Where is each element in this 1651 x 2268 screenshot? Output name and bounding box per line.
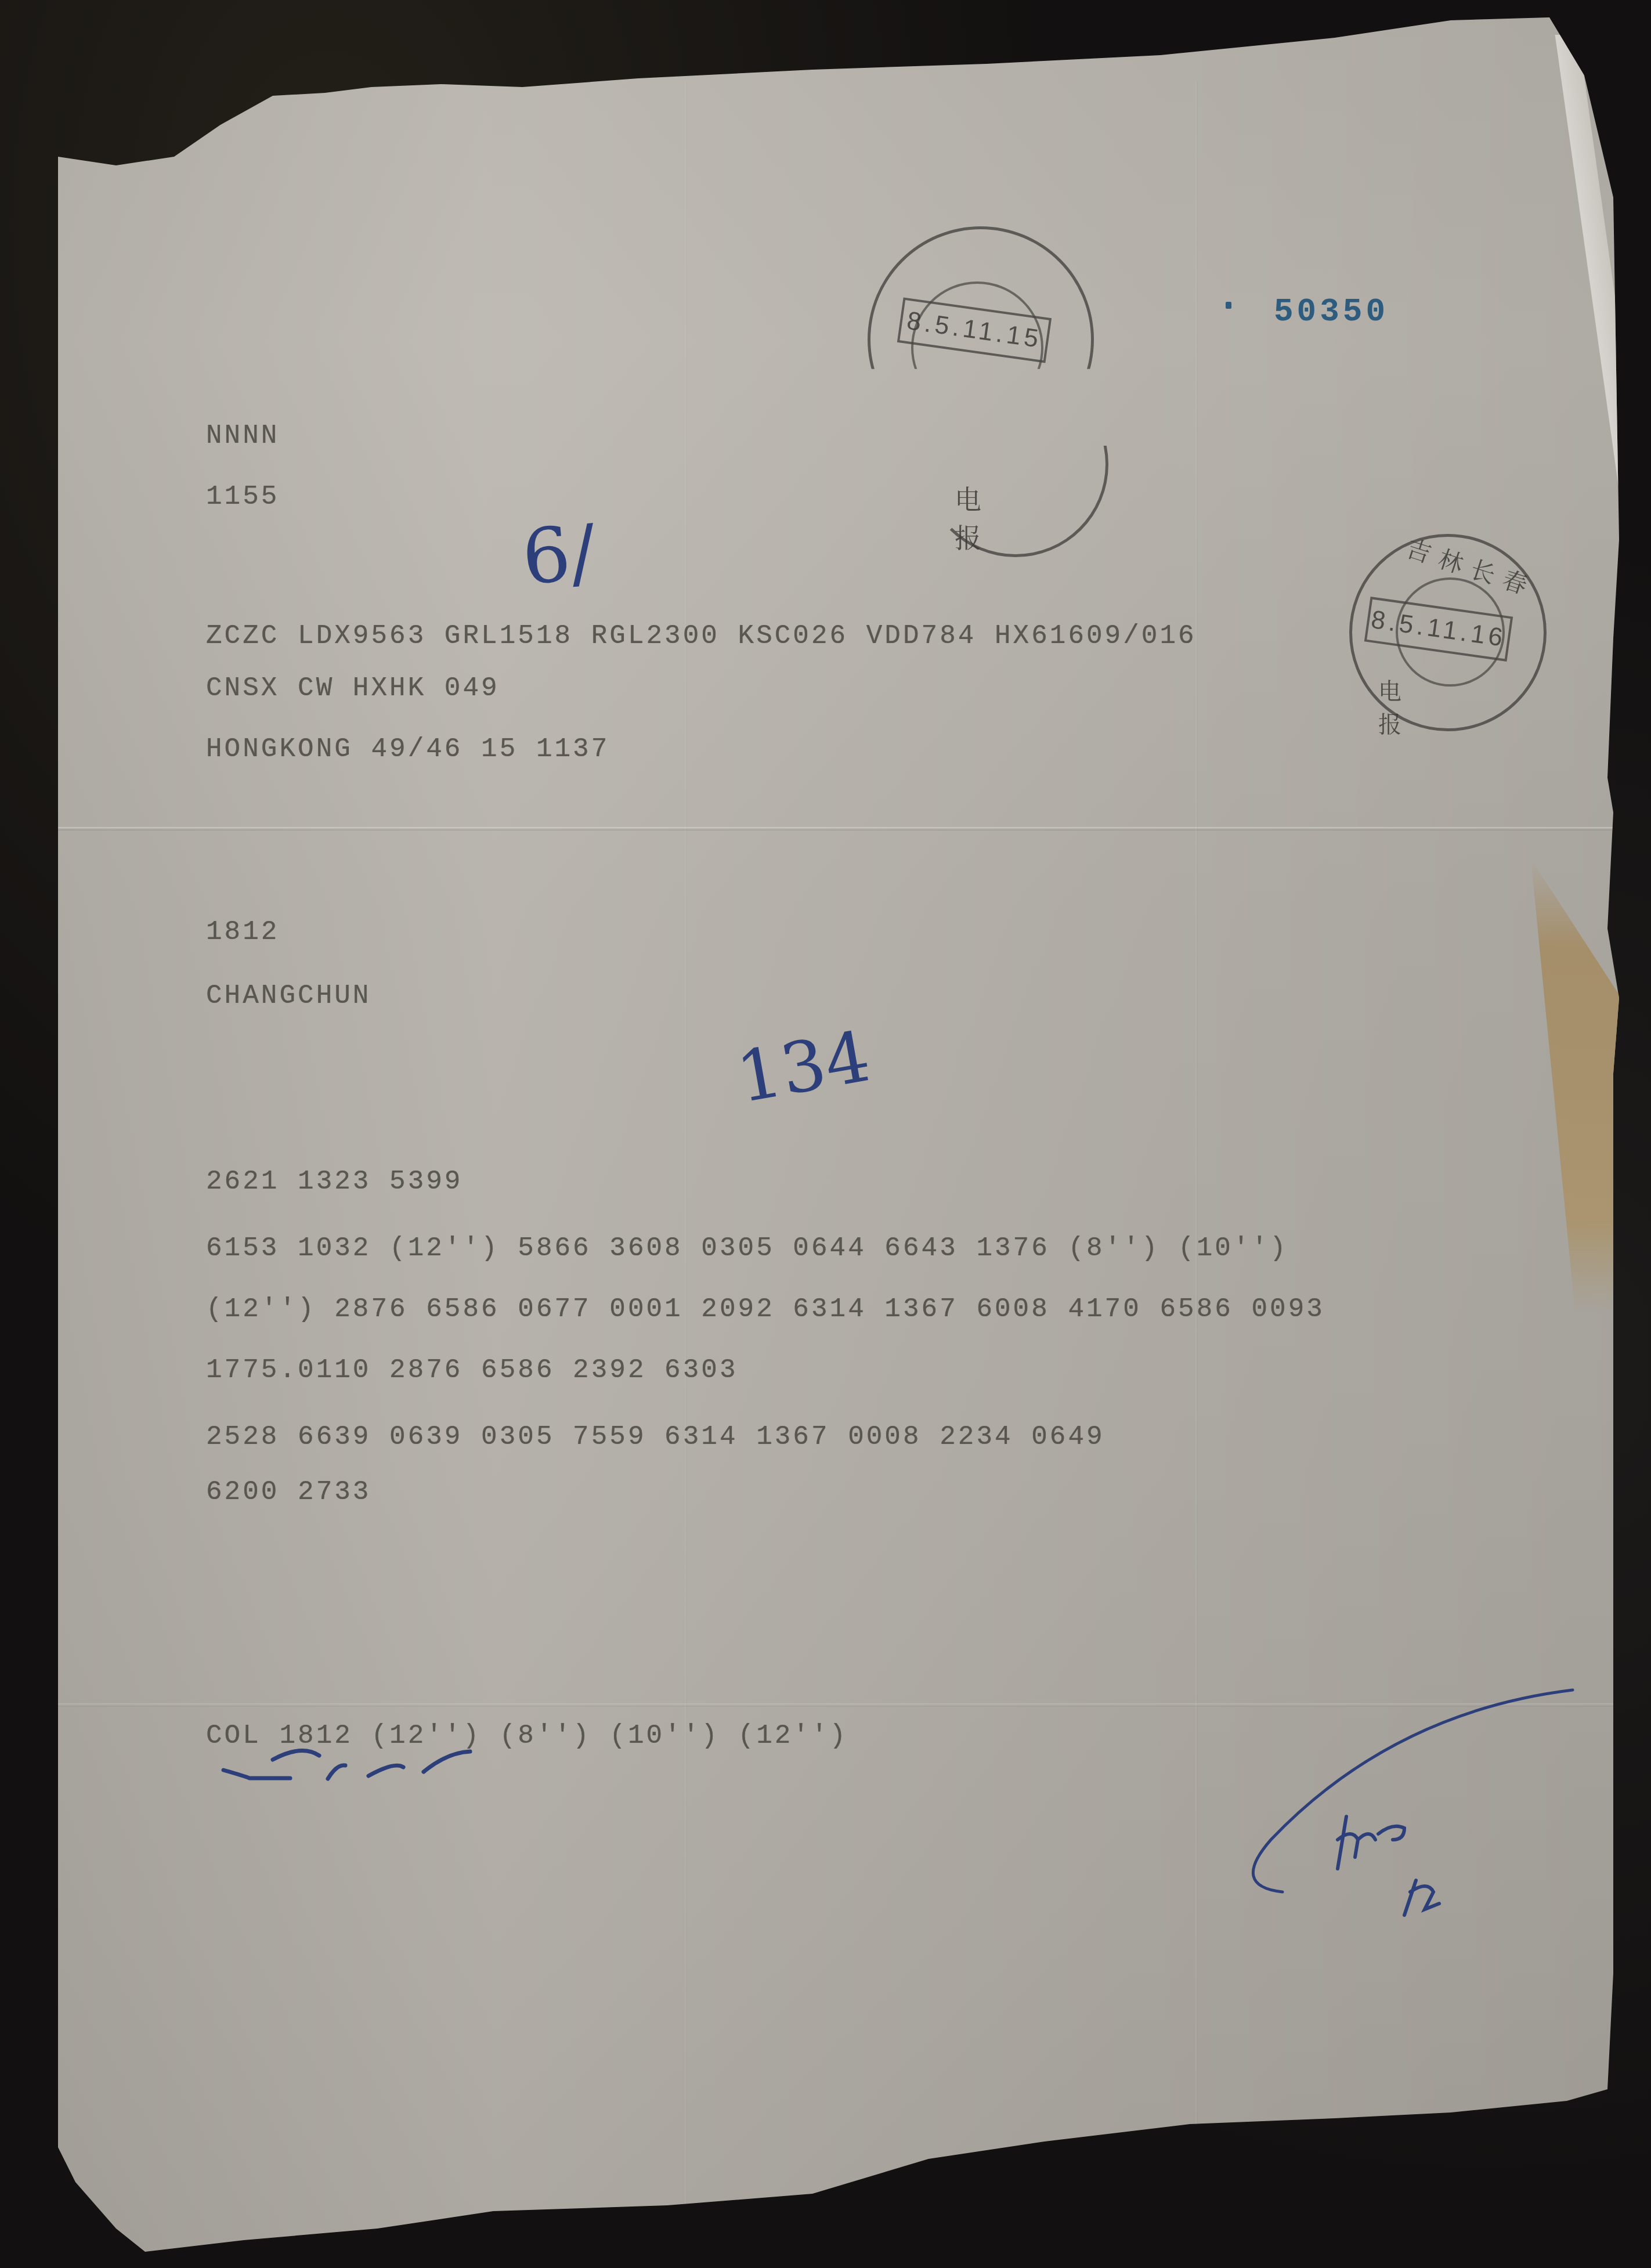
check-mark: [328, 1765, 345, 1779]
check-mark: [424, 1751, 470, 1772]
check-mark: [369, 1765, 403, 1776]
pen-annotations: [0, 0, 1651, 2268]
check-mark: [223, 1770, 290, 1778]
check-mark: [273, 1750, 319, 1760]
telegram-paper: 50350 8.5.11.15 电 报 吉林长春 8.5.11.16 电 报 N…: [0, 0, 1651, 2268]
